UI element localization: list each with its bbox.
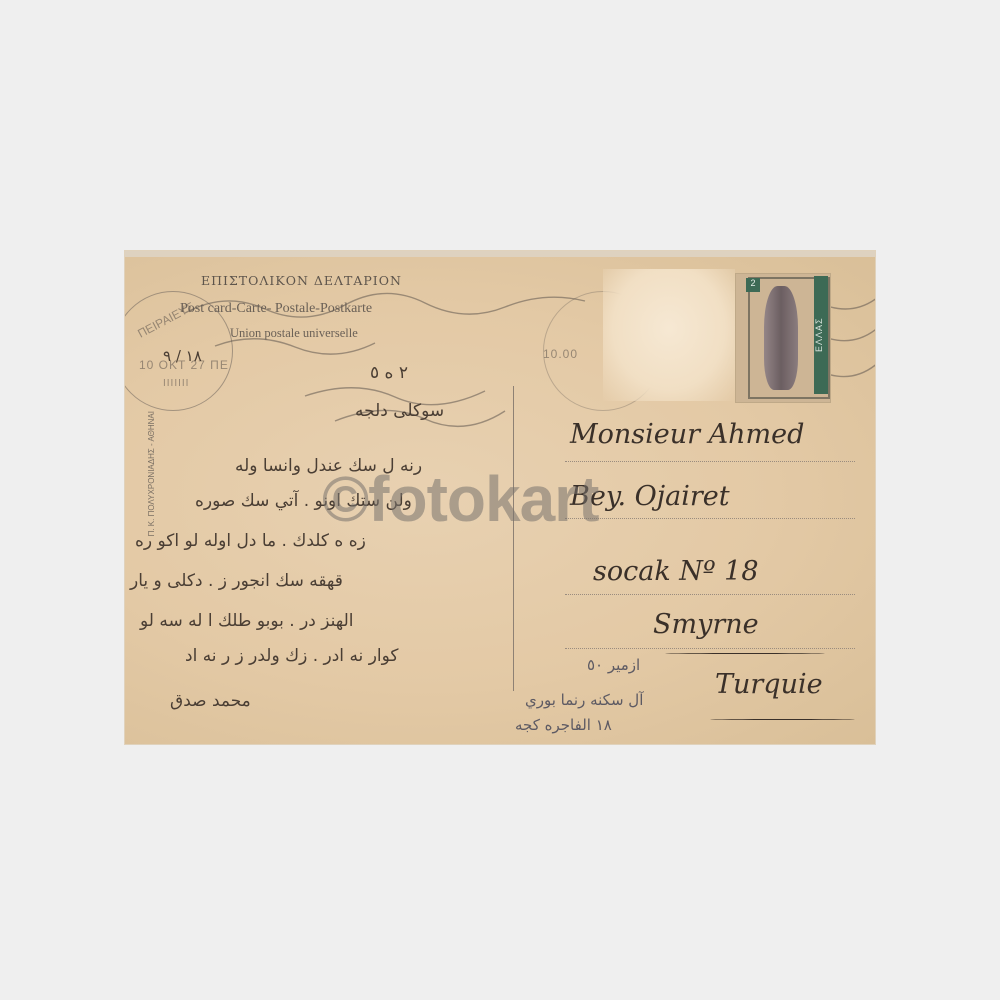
address-rule: [565, 461, 855, 462]
pencil-note-line: ١٨ الفاجره كجه: [515, 716, 612, 734]
address-rule: [565, 518, 855, 519]
address-city: Smyrne: [653, 609, 759, 640]
message-signature: محمد صدق: [170, 691, 251, 711]
stamp-country: ΕΛΛΑΣ: [814, 276, 828, 394]
stamp-value: 2: [746, 278, 760, 292]
address-street: socak Nº 18: [593, 556, 759, 587]
message-line: قهقه سك انجور ز . دكلى و يار: [130, 571, 343, 591]
watermark: ©fotokart: [322, 462, 598, 536]
address-rule: [565, 648, 855, 649]
city-underline: [665, 653, 825, 654]
country-underline: [710, 719, 855, 720]
address-recipient: Monsieur Ahmed: [570, 419, 804, 450]
message-line: ٢ ه ٥: [370, 363, 408, 383]
message-line: الهنز در . بوبو طلك ا له سه لو: [140, 611, 354, 631]
stamp-residue: [603, 269, 735, 401]
pencil-note-line: آل سكنه رنما بوري: [525, 691, 643, 709]
message-line: سوكلى دلجه: [355, 401, 444, 421]
message-line: كوار نه ادر . زك ولدر ز ر نه اد: [185, 646, 399, 666]
postage-stamp: 2 ΕΛΛΑΣ: [735, 273, 831, 403]
address-rule: [565, 594, 855, 595]
stamp-vignette: [764, 286, 798, 390]
message-date-note: ١٨ / ٩: [163, 347, 202, 365]
address-country: Turquie: [715, 669, 823, 700]
card-divider: [513, 386, 514, 691]
pencil-note-line: ازمير ٥٠: [587, 656, 640, 674]
